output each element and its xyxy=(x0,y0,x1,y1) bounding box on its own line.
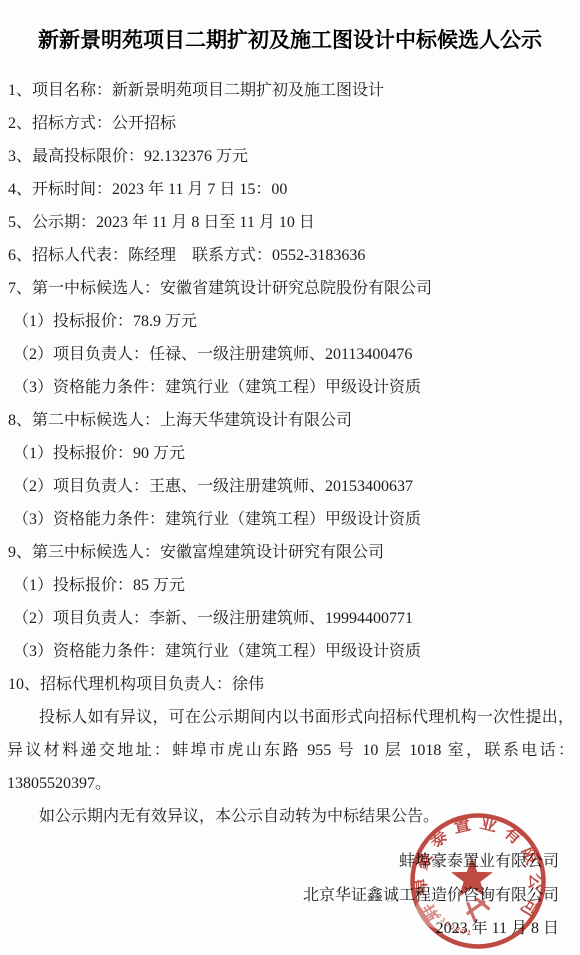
body-line: 8、第二中标候选人：上海天华建筑设计有限公司 xyxy=(0,404,580,437)
signature-date: 2023 年 11 月 8 日 xyxy=(303,912,559,946)
body-line: （3）资格能力条件：建筑行业（建筑工程）甲级设计资质 xyxy=(0,635,580,668)
body-line: 5、公示期：2023 年 11 月 8 日至 11 月 10 日 xyxy=(0,206,580,239)
body-line: （1）投标报价：90 万元 xyxy=(0,437,580,470)
body-line: 9、第三中标候选人：安徽富煌建筑设计研究有限公司 xyxy=(0,536,580,569)
signature-block: 蚌埠豪泰置业有限公司 北京华证鑫诚工程造价咨询有限公司 2023 年 11 月 … xyxy=(303,845,559,946)
body-line: 2、招标方式：公开招标 xyxy=(0,107,580,140)
body-line: 3、最高投标限价：92.132376 万元 xyxy=(0,140,580,173)
announcement-page: 新新景明苑项目二期扩初及施工图设计中标候选人公示 1、项目名称：新新景明苑项目二… xyxy=(0,0,580,955)
body-line: 6、招标人代表：陈经理 联系方式：0552-3183636 xyxy=(0,239,580,272)
signature-company-2: 北京华证鑫诚工程造价咨询有限公司 xyxy=(303,879,559,913)
body-line: （3）资格能力条件：建筑行业（建筑工程）甲级设计资质 xyxy=(0,503,580,536)
body-line: （1）投标报价：78.9 万元 xyxy=(0,305,580,338)
page-title: 新新景明苑项目二期扩初及施工图设计中标候选人公示 xyxy=(0,26,580,56)
body-line: 7、第一中标候选人：安徽省建筑设计研究总院股份有限公司 xyxy=(0,272,580,305)
body-line: （2）项目负责人：任禄、一级注册建筑师、20113400476 xyxy=(0,338,580,371)
body-line: （3）资格能力条件：建筑行业（建筑工程）甲级设计资质 xyxy=(0,371,580,404)
body-line: （2）项目负责人：李新、一级注册建筑师、19994400771 xyxy=(0,602,580,635)
body-line: 10、招标代理机构项目负责人：徐伟 xyxy=(0,668,580,701)
document-body: 1、项目名称：新新景明苑项目二期扩初及施工图设计 2、招标方式：公开招标 3、最… xyxy=(0,74,580,833)
body-line: 4、开标时间：2023 年 11 月 7 日 15：00 xyxy=(0,173,580,206)
body-line: （1）投标报价：85 万元 xyxy=(0,569,580,602)
signature-company-1: 蚌埠豪泰置业有限公司 xyxy=(303,845,559,879)
objection-paragraph: 投标人如有异议，可在公示期间内以书面形式向招标代理机构一次性提出，异议材料递交地… xyxy=(0,701,580,800)
body-line: 1、项目名称：新新景明苑项目二期扩初及施工图设计 xyxy=(0,74,580,107)
closing-paragraph: 如公示期内无有效异议，本公示自动转为中标结果公告。 xyxy=(0,800,580,833)
body-line: （2）项目负责人：王惠、一级注册建筑师、20153400637 xyxy=(0,470,580,503)
